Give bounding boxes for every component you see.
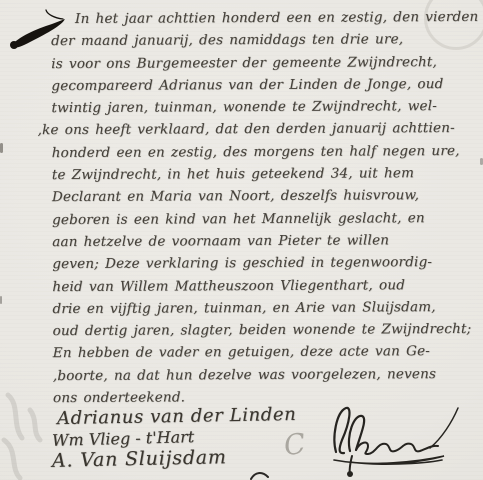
scan-edge-speck (0, 296, 2, 304)
handwritten-line: En hebben de vader en getuigen, deze act… (53, 340, 480, 365)
handwritten-line: geboren is een kind van het Mannelijk ge… (52, 207, 479, 232)
cutoff-signature-stroke (250, 471, 270, 480)
handwritten-line: ,boorte, na dat hun dezelve was voorgele… (53, 363, 480, 388)
handwritten-line: geven; Deze verklaring is geschied in te… (52, 251, 479, 276)
handwritten-line: is voor ons Burgemeester der gemeente Zw… (51, 50, 478, 75)
scanned-document-page: In het jaar achttien honderd een en zest… (0, 0, 483, 480)
handwritten-line: In het jaar achttien honderd een en zest… (51, 6, 478, 31)
burgemeester-signature (292, 396, 472, 480)
scan-edge-speck (0, 143, 3, 153)
handwritten-line: gecompareerd Adrianus van der Linden de … (51, 73, 478, 98)
handwritten-line: oud dertig jaren, slagter, beiden wonend… (53, 318, 480, 343)
signature-witness-2: A. Van Sluijsdam (52, 446, 227, 472)
signature-declarant: Adrianus van der Linden (57, 404, 297, 429)
handwritten-line: twintig jaren, tuinman, wonende te Zwijn… (51, 95, 478, 120)
bleedthrough-ghost-text (0, 380, 60, 480)
handwritten-line: aan hetzelve de voornaam van Pieter te w… (52, 229, 479, 254)
handwritten-text-block: In het jaar achttien honderd een en zest… (51, 6, 480, 410)
handwritten-line: ,ke ons heeft verklaard, dat den derden … (38, 117, 479, 142)
handwritten-line: drie en vijftig jaren, tuinman, en Arie … (52, 296, 479, 321)
handwritten-line: heid van Willem Mattheuszoon Vliegenthar… (52, 273, 479, 298)
handwritten-line: te Zwijndrecht, in het huis geteekend 34… (52, 162, 479, 187)
handwritten-line: honderd een en zestig, des morgens ten h… (52, 140, 479, 165)
handwritten-line: der maand januarij, des namiddags ten dr… (51, 28, 478, 53)
handwritten-line: Declarant en Maria van Noort, deszelfs h… (52, 184, 479, 209)
